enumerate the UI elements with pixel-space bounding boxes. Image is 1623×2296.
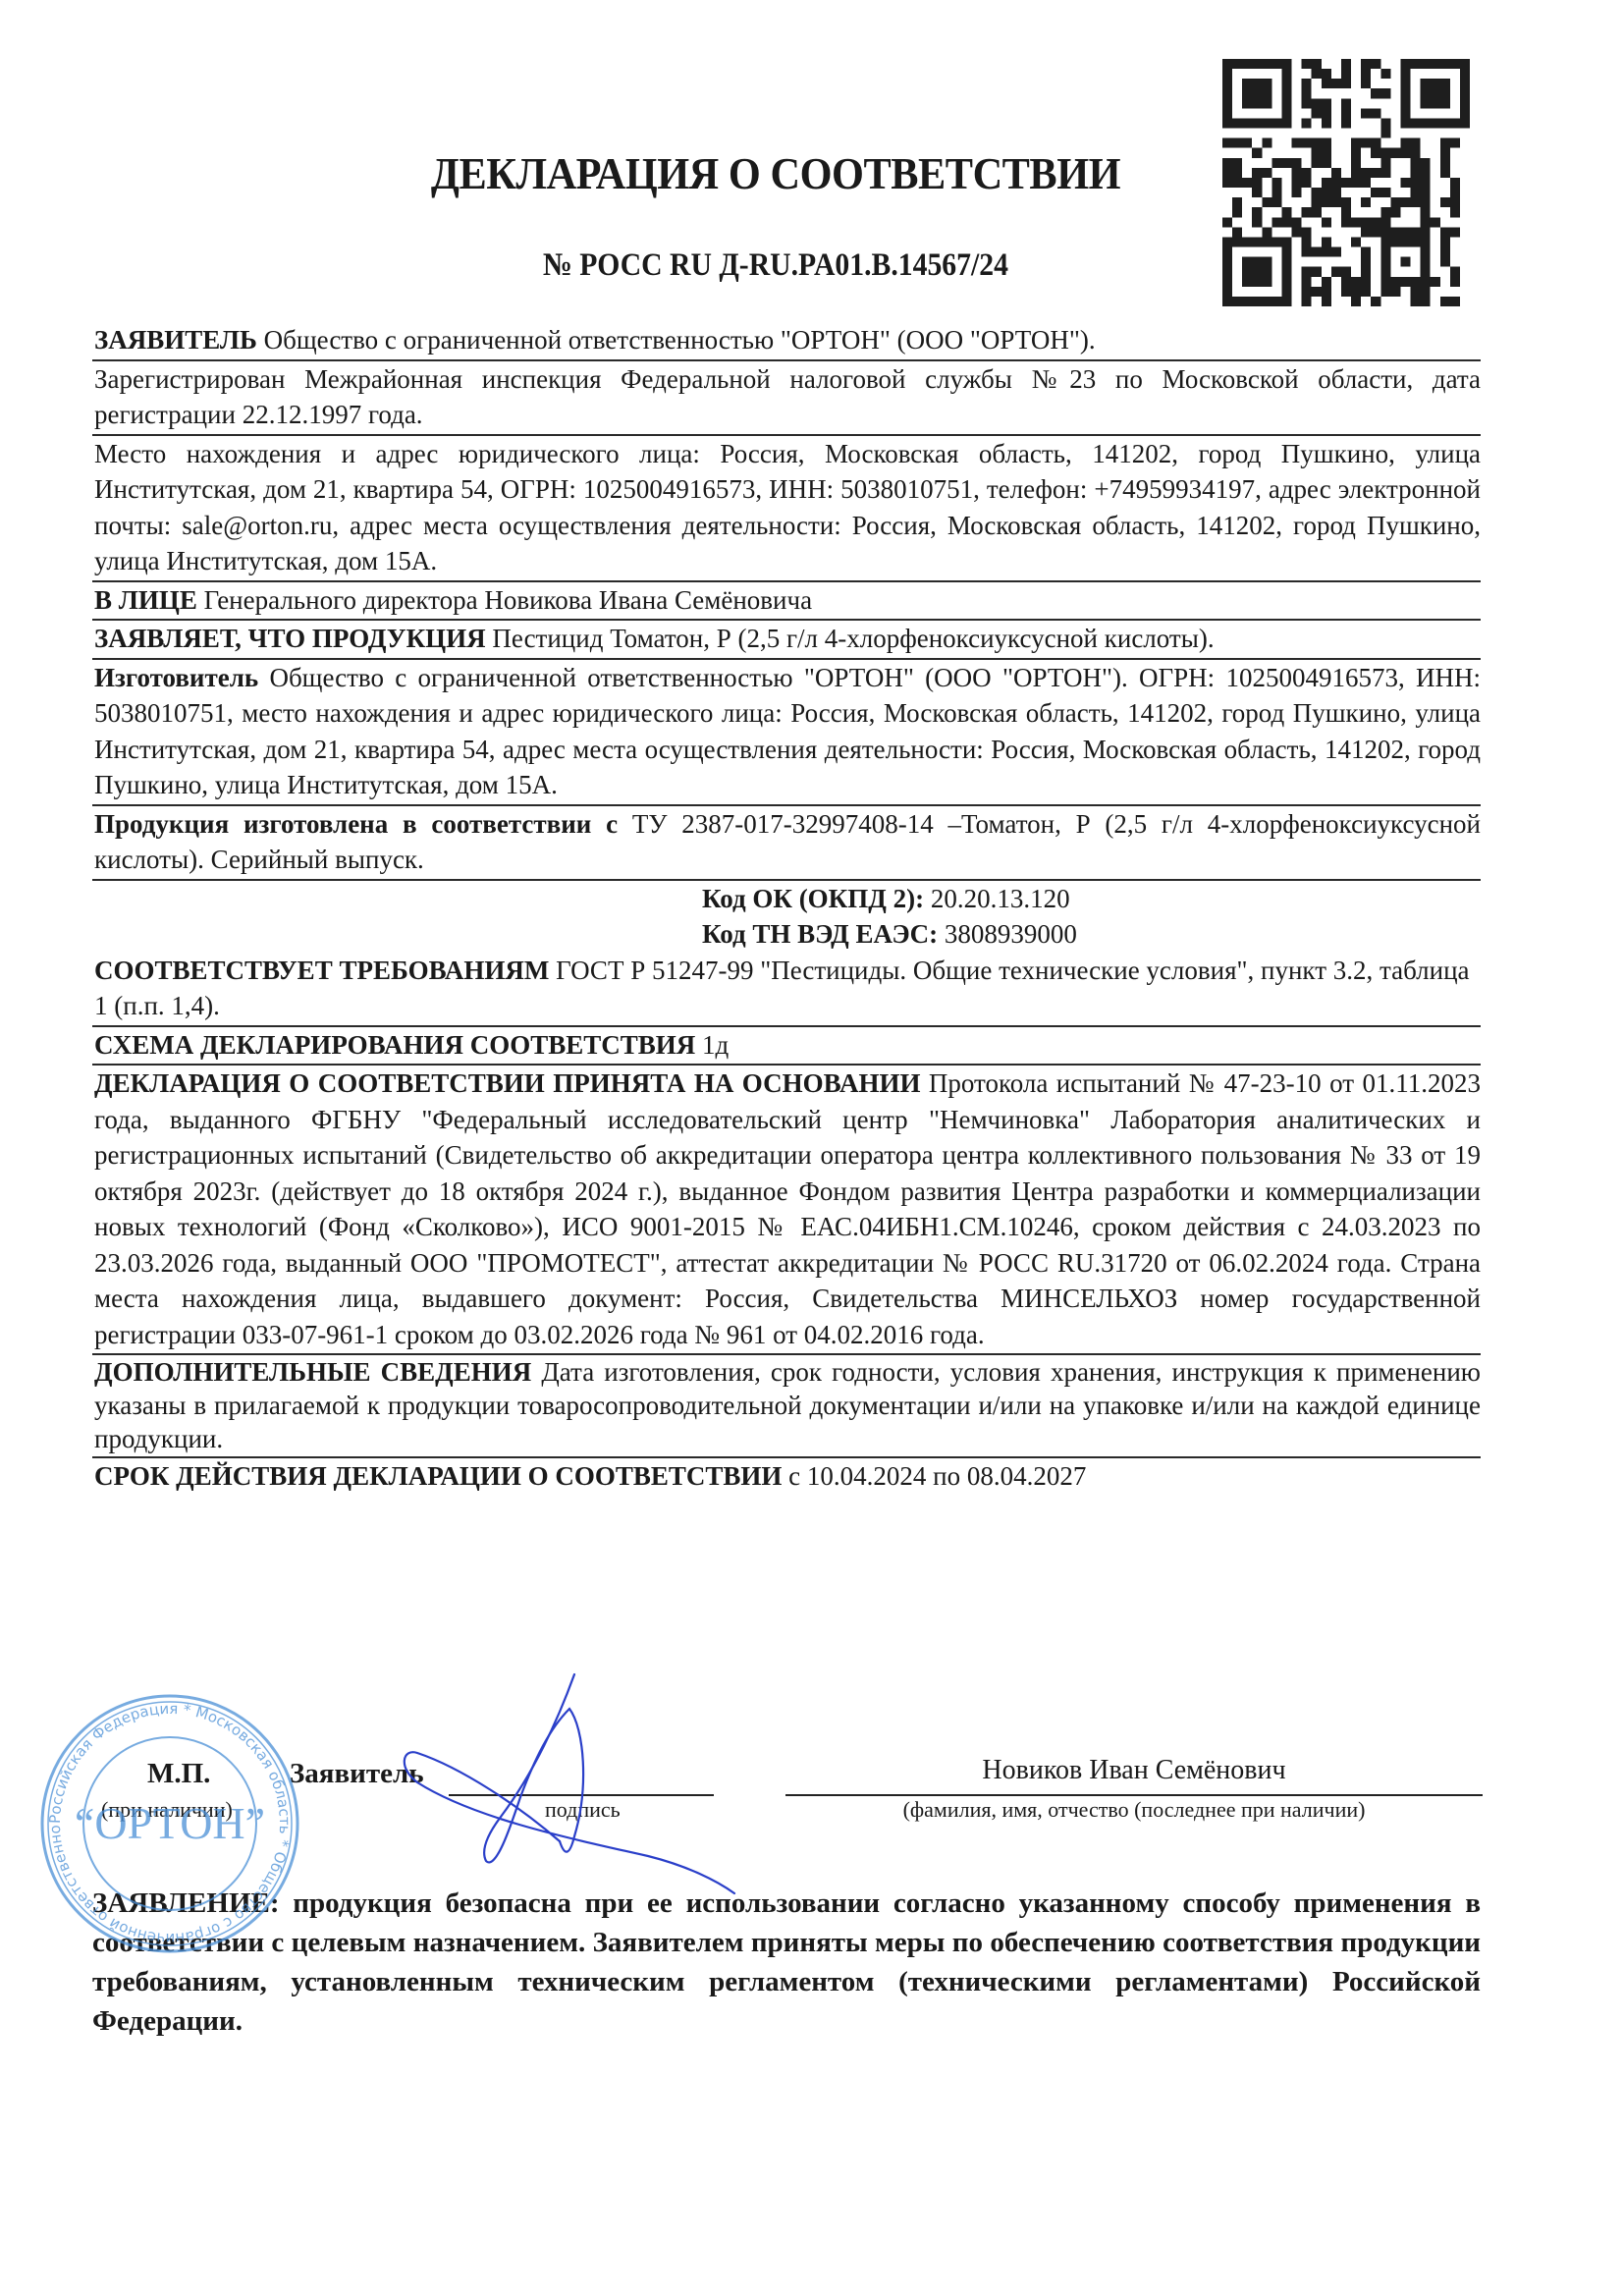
product-label: ЗАЯВЛЯЕТ, ЧТО ПРОДУКЦИЯ: [94, 624, 486, 653]
applicant-text: Общество с ограниченной ответственностью…: [257, 325, 1096, 355]
requirements-section: СООТВЕТСТВУЕТ ТРЕБОВАНИЯМ ГОСТ Р 51247-9…: [92, 953, 1481, 1027]
name-sublabel: (фамилия, имя, отчество (последнее при н…: [785, 1797, 1483, 1823]
mp-sublabel: (при наличии): [101, 1797, 233, 1823]
okpd-value: 20.20.13.120: [924, 884, 1070, 913]
qr-code-icon: [1222, 53, 1470, 312]
produced-per-label: Продукция изготовлена в соответствии с: [94, 809, 618, 839]
basis-section: ДЕКЛАРАЦИЯ О СООТВЕТСТВИИ ПРИНЯТА НА ОСН…: [92, 1066, 1481, 1355]
document-title: ДЕКЛАРАЦИЯ О СООТВЕТСТВИИ: [387, 147, 1163, 199]
applicant-section: ЗАЯВИТЕЛЬ Общество с ограниченной ответс…: [92, 322, 1481, 361]
tnved-label: Код ТН ВЭД ЕАЭС:: [702, 919, 938, 949]
scheme-text: 1д: [695, 1030, 729, 1060]
requirements-label: СООТВЕТСТВУЕТ ТРЕБОВАНИЯМ: [94, 956, 549, 985]
basis-label: ДЕКЛАРАЦИЯ О СООТВЕТСТВИИ ПРИНЯТА НА ОСН…: [94, 1068, 920, 1098]
validity-section: СРОК ДЕЙСТВИЯ ДЕКЛАРАЦИИ О СООТВЕТСТВИИ …: [92, 1458, 1481, 1496]
okpd-code: Код ОК (ОКПД 2): 20.20.13.120: [702, 881, 1481, 916]
codes-section: Код ОК (ОКПД 2): 20.20.13.120 Код ТН ВЭД…: [92, 881, 1481, 953]
manufacturer-label: Изготовитель: [94, 663, 258, 692]
manufacturer-text: Общество с ограниченной ответственностью…: [94, 663, 1481, 800]
product-section: ЗАЯВЛЯЕТ, ЧТО ПРОДУКЦИЯ Пестицид Томатон…: [92, 621, 1481, 660]
additional-label: ДОПОЛНИТЕЛЬНЫЕ СВЕДЕНИЯ: [94, 1357, 531, 1387]
name-line: [785, 1794, 1483, 1796]
applicant-label: ЗАЯВИТЕЛЬ: [94, 325, 257, 355]
declaration-page: ДЕКЛАРАЦИЯ О СООТВЕТСТВИИ № РОСС RU Д-RU…: [0, 0, 1623, 2296]
representative-section: В ЛИЦЕ Генерального директора Новикова И…: [92, 582, 1481, 622]
address-text: Место нахождения и адрес юридического ли…: [94, 439, 1481, 576]
scheme-section: СХЕМА ДЕКЛАРИРОВАНИЯ СООТВЕТСТВИЯ 1д: [92, 1027, 1481, 1066]
representative-label: В ЛИЦЕ: [94, 585, 197, 615]
registration-text: Зарегистрирован Межрайонная инспекция Фе…: [94, 364, 1481, 430]
statement: ЗАЯВЛЕНИЕ: продукция безопасна при ее ис…: [92, 1884, 1481, 2041]
registration-section: Зарегистрирован Межрайонная инспекция Фе…: [92, 361, 1481, 436]
mp-label: М.П.: [147, 1758, 210, 1790]
manufacturer-section: Изготовитель Общество с ограниченной отв…: [92, 660, 1481, 806]
address-section: Место нахождения и адрес юридического ли…: [92, 436, 1481, 582]
product-text: Пестицид Томатон, Р (2,5 г/л 4-хлорфенок…: [486, 624, 1215, 653]
tnved-code: Код ТН ВЭД ЕАЭС: 3808939000: [702, 916, 1481, 952]
scheme-label: СХЕМА ДЕКЛАРИРОВАНИЯ СООТВЕТСТВИЯ: [94, 1030, 695, 1060]
signature-area: М.П. (при наличии) Заявитель подпись Нов…: [0, 1738, 1623, 1856]
signatory-name: Новиков Иван Семёнович: [785, 1755, 1483, 1786]
signature-line: [449, 1794, 714, 1796]
declaration-body: ЗАЯВИТЕЛЬ Общество с ограниченной ответс…: [92, 322, 1481, 1496]
representative-text: Генерального директора Новикова Ивана Се…: [197, 585, 812, 615]
applicant-sign-label: Заявитель: [290, 1758, 424, 1790]
additional-section: ДОПОЛНИТЕЛЬНЫЕ СВЕДЕНИЯ Дата изготовлени…: [92, 1355, 1481, 1458]
produced-per-section: Продукция изготовлена в соответствии с Т…: [92, 806, 1481, 881]
validity-text: с 10.04.2024 по 08.04.2027: [782, 1461, 1086, 1491]
okpd-label: Код ОК (ОКПД 2):: [702, 884, 924, 913]
validity-label: СРОК ДЕЙСТВИЯ ДЕКЛАРАЦИИ О СООТВЕТСТВИИ: [94, 1461, 782, 1491]
declaration-number: № РОСС RU Д-RU.PA01.B.14567/24: [396, 247, 1156, 284]
tnved-value: 3808939000: [938, 919, 1077, 949]
basis-text: Протокола испытаний № 47-23-10 от 01.11.…: [94, 1068, 1481, 1349]
signature-sublabel: подпись: [545, 1797, 621, 1823]
